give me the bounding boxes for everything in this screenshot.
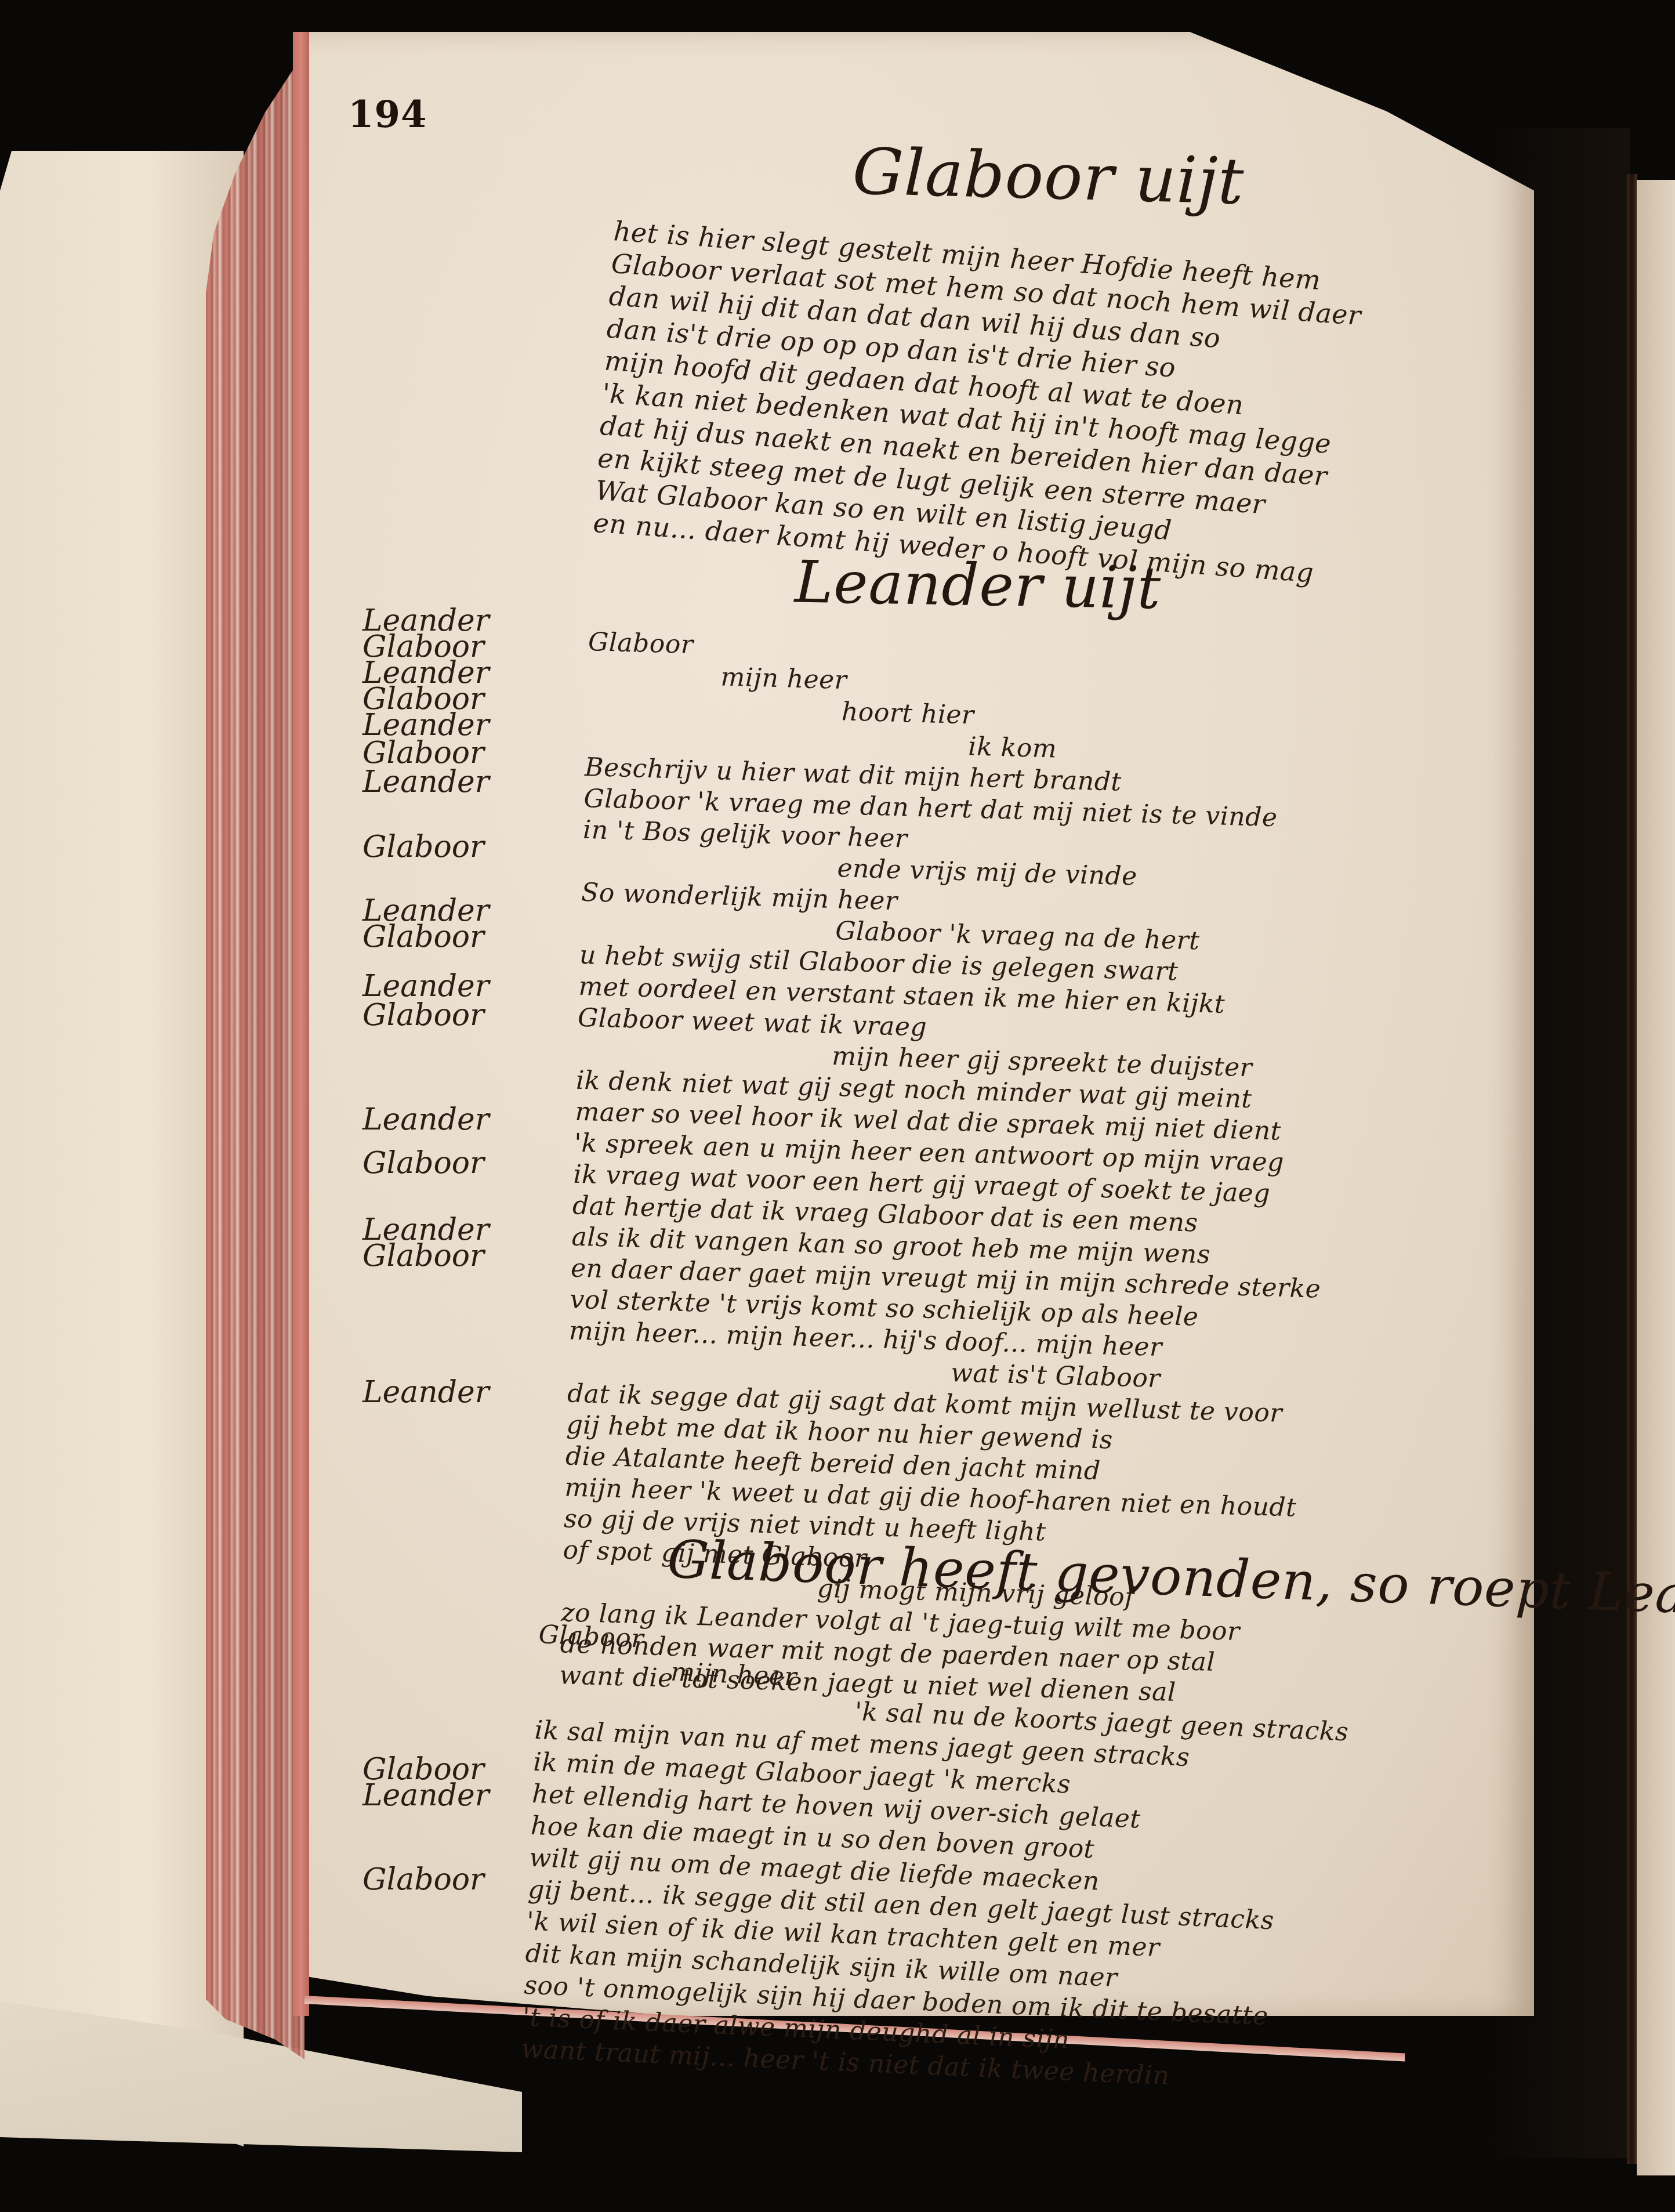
speaker-label: Glaboor [362, 1862, 484, 1897]
speaker-label: Leander [362, 1102, 490, 1137]
folio-number: 194 [348, 93, 427, 136]
book-gutter [1627, 174, 1637, 2164]
speaker-label: Leander [362, 765, 490, 799]
page-shadow [1485, 128, 1630, 2158]
red-page-edge [293, 32, 309, 2016]
speaker-label: Glaboor [362, 830, 484, 864]
speaker-label: Glaboor [362, 1239, 484, 1273]
scene3-passage: Glaboormijn heer'k sal nu de koorts jaeg… [521, 1619, 1352, 2099]
speaker-label: Leander [362, 1778, 490, 1813]
speaker-label: Glaboor [362, 1146, 484, 1181]
red-stained-page-block [206, 52, 304, 2059]
speaker-label: Leander [362, 1375, 490, 1410]
heading-glaboor-uijt: Glaboor uijt [851, 134, 1245, 219]
speaker-label: Glaboor [362, 998, 484, 1033]
intro-passage: het is hier slegt gestelt mijn heer Hofd… [592, 215, 1364, 591]
facing-page-edge [1637, 180, 1675, 2175]
heading-leander-uijt: Leander uijt [794, 548, 1162, 622]
speaker-label: Glaboor [362, 919, 484, 954]
